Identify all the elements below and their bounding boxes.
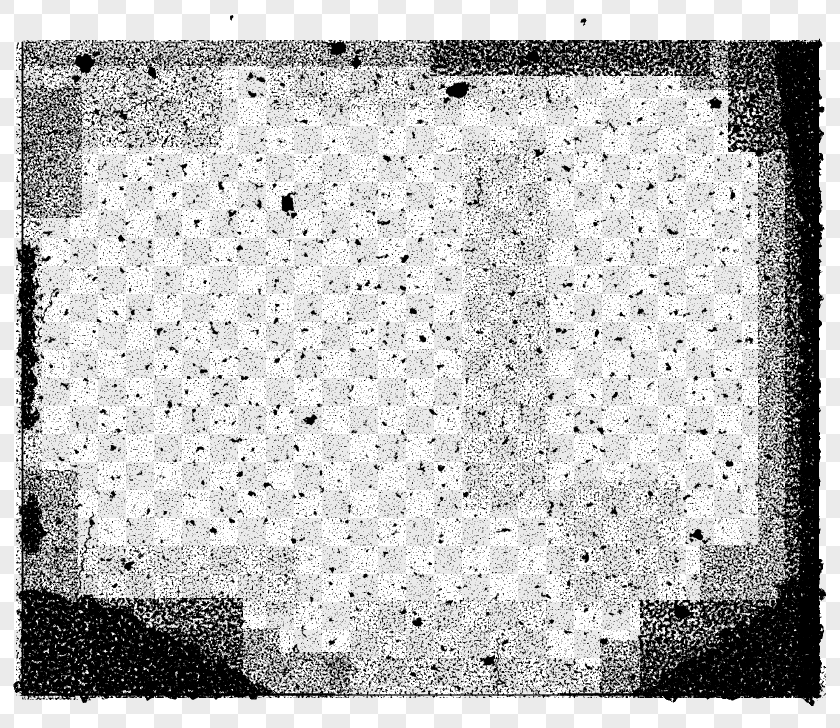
splat [352,56,361,69]
splat [124,563,132,571]
splat [726,460,734,467]
grunge-frame-overlay [0,0,840,728]
splat [581,20,585,24]
splat [599,427,605,433]
bottom-middle-speck-patch [350,600,550,660]
lower-right-speck-patch [560,480,680,610]
splat [444,96,450,102]
splat [412,619,422,627]
transparency-canvas [0,0,840,728]
splat [535,149,542,155]
splat [692,529,703,540]
splat [520,60,527,66]
grunge-bottom-band [330,658,580,698]
splat [202,370,208,375]
splat [73,77,79,83]
top-right-band-cluster [680,40,770,90]
splat [401,608,407,614]
splat [94,52,101,57]
bottom-middle-fringe [330,658,580,698]
splat [281,195,294,213]
splat [711,99,721,109]
left-upper-cluster [22,88,82,218]
splat [147,66,157,77]
splat [247,91,255,98]
splat [229,15,234,19]
splat [482,656,494,666]
splat [527,51,539,61]
splat [76,56,94,70]
splat [674,605,690,619]
splat [330,42,346,54]
splat [121,114,129,122]
bottom-right-tendrils [700,545,762,625]
splat [291,213,297,219]
splat [93,328,98,333]
splat [733,127,740,133]
left-edge-blob [21,494,43,554]
splat [748,93,756,100]
center-speck-trail [465,140,550,510]
splat [260,77,267,83]
splat [756,148,764,156]
bottom-right-edge-speckle [556,666,826,698]
